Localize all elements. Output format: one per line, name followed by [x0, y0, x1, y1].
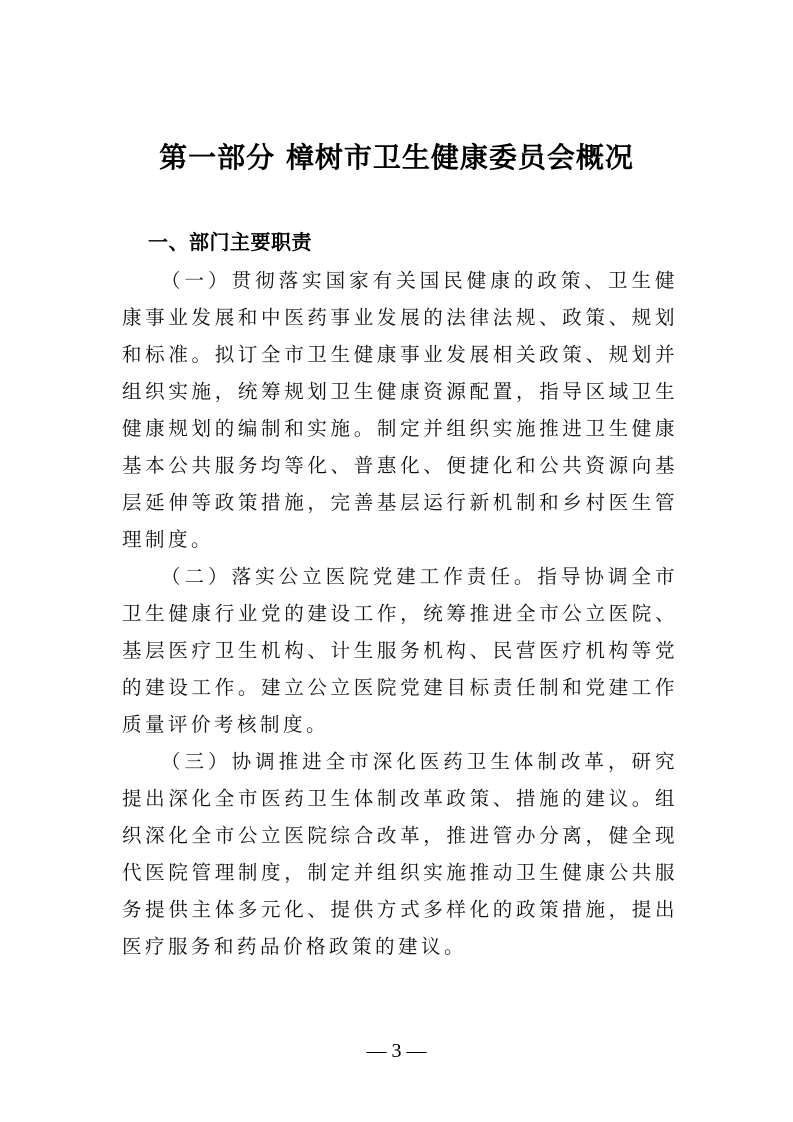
section-heading: 一、部门主要职责	[148, 228, 312, 256]
paragraph-2: （二）落实公立医院党建工作责任。指导协调全市卫生健康行业党的建设工作，统筹推进全…	[122, 558, 678, 743]
document-page: 第一部分 樟树市卫生健康委员会概况 一、部门主要职责 （一）贯彻落实国家有关国民…	[0, 0, 793, 1122]
page-number: — 3 —	[0, 1038, 793, 1064]
paragraph-1: （一）贯彻落实国家有关国民健康的政策、卫生健康事业发展和中医药事业发展的法律法规…	[122, 262, 678, 558]
body-text: （一）贯彻落实国家有关国民健康的政策、卫生健康事业发展和中医药事业发展的法律法规…	[122, 262, 678, 965]
paragraph-3: （三）协调推进全市深化医药卫生体制改革，研究提出深化全市医药卫生体制改革政策、措…	[122, 743, 678, 965]
page-title: 第一部分 樟树市卫生健康委员会概况	[0, 138, 793, 178]
